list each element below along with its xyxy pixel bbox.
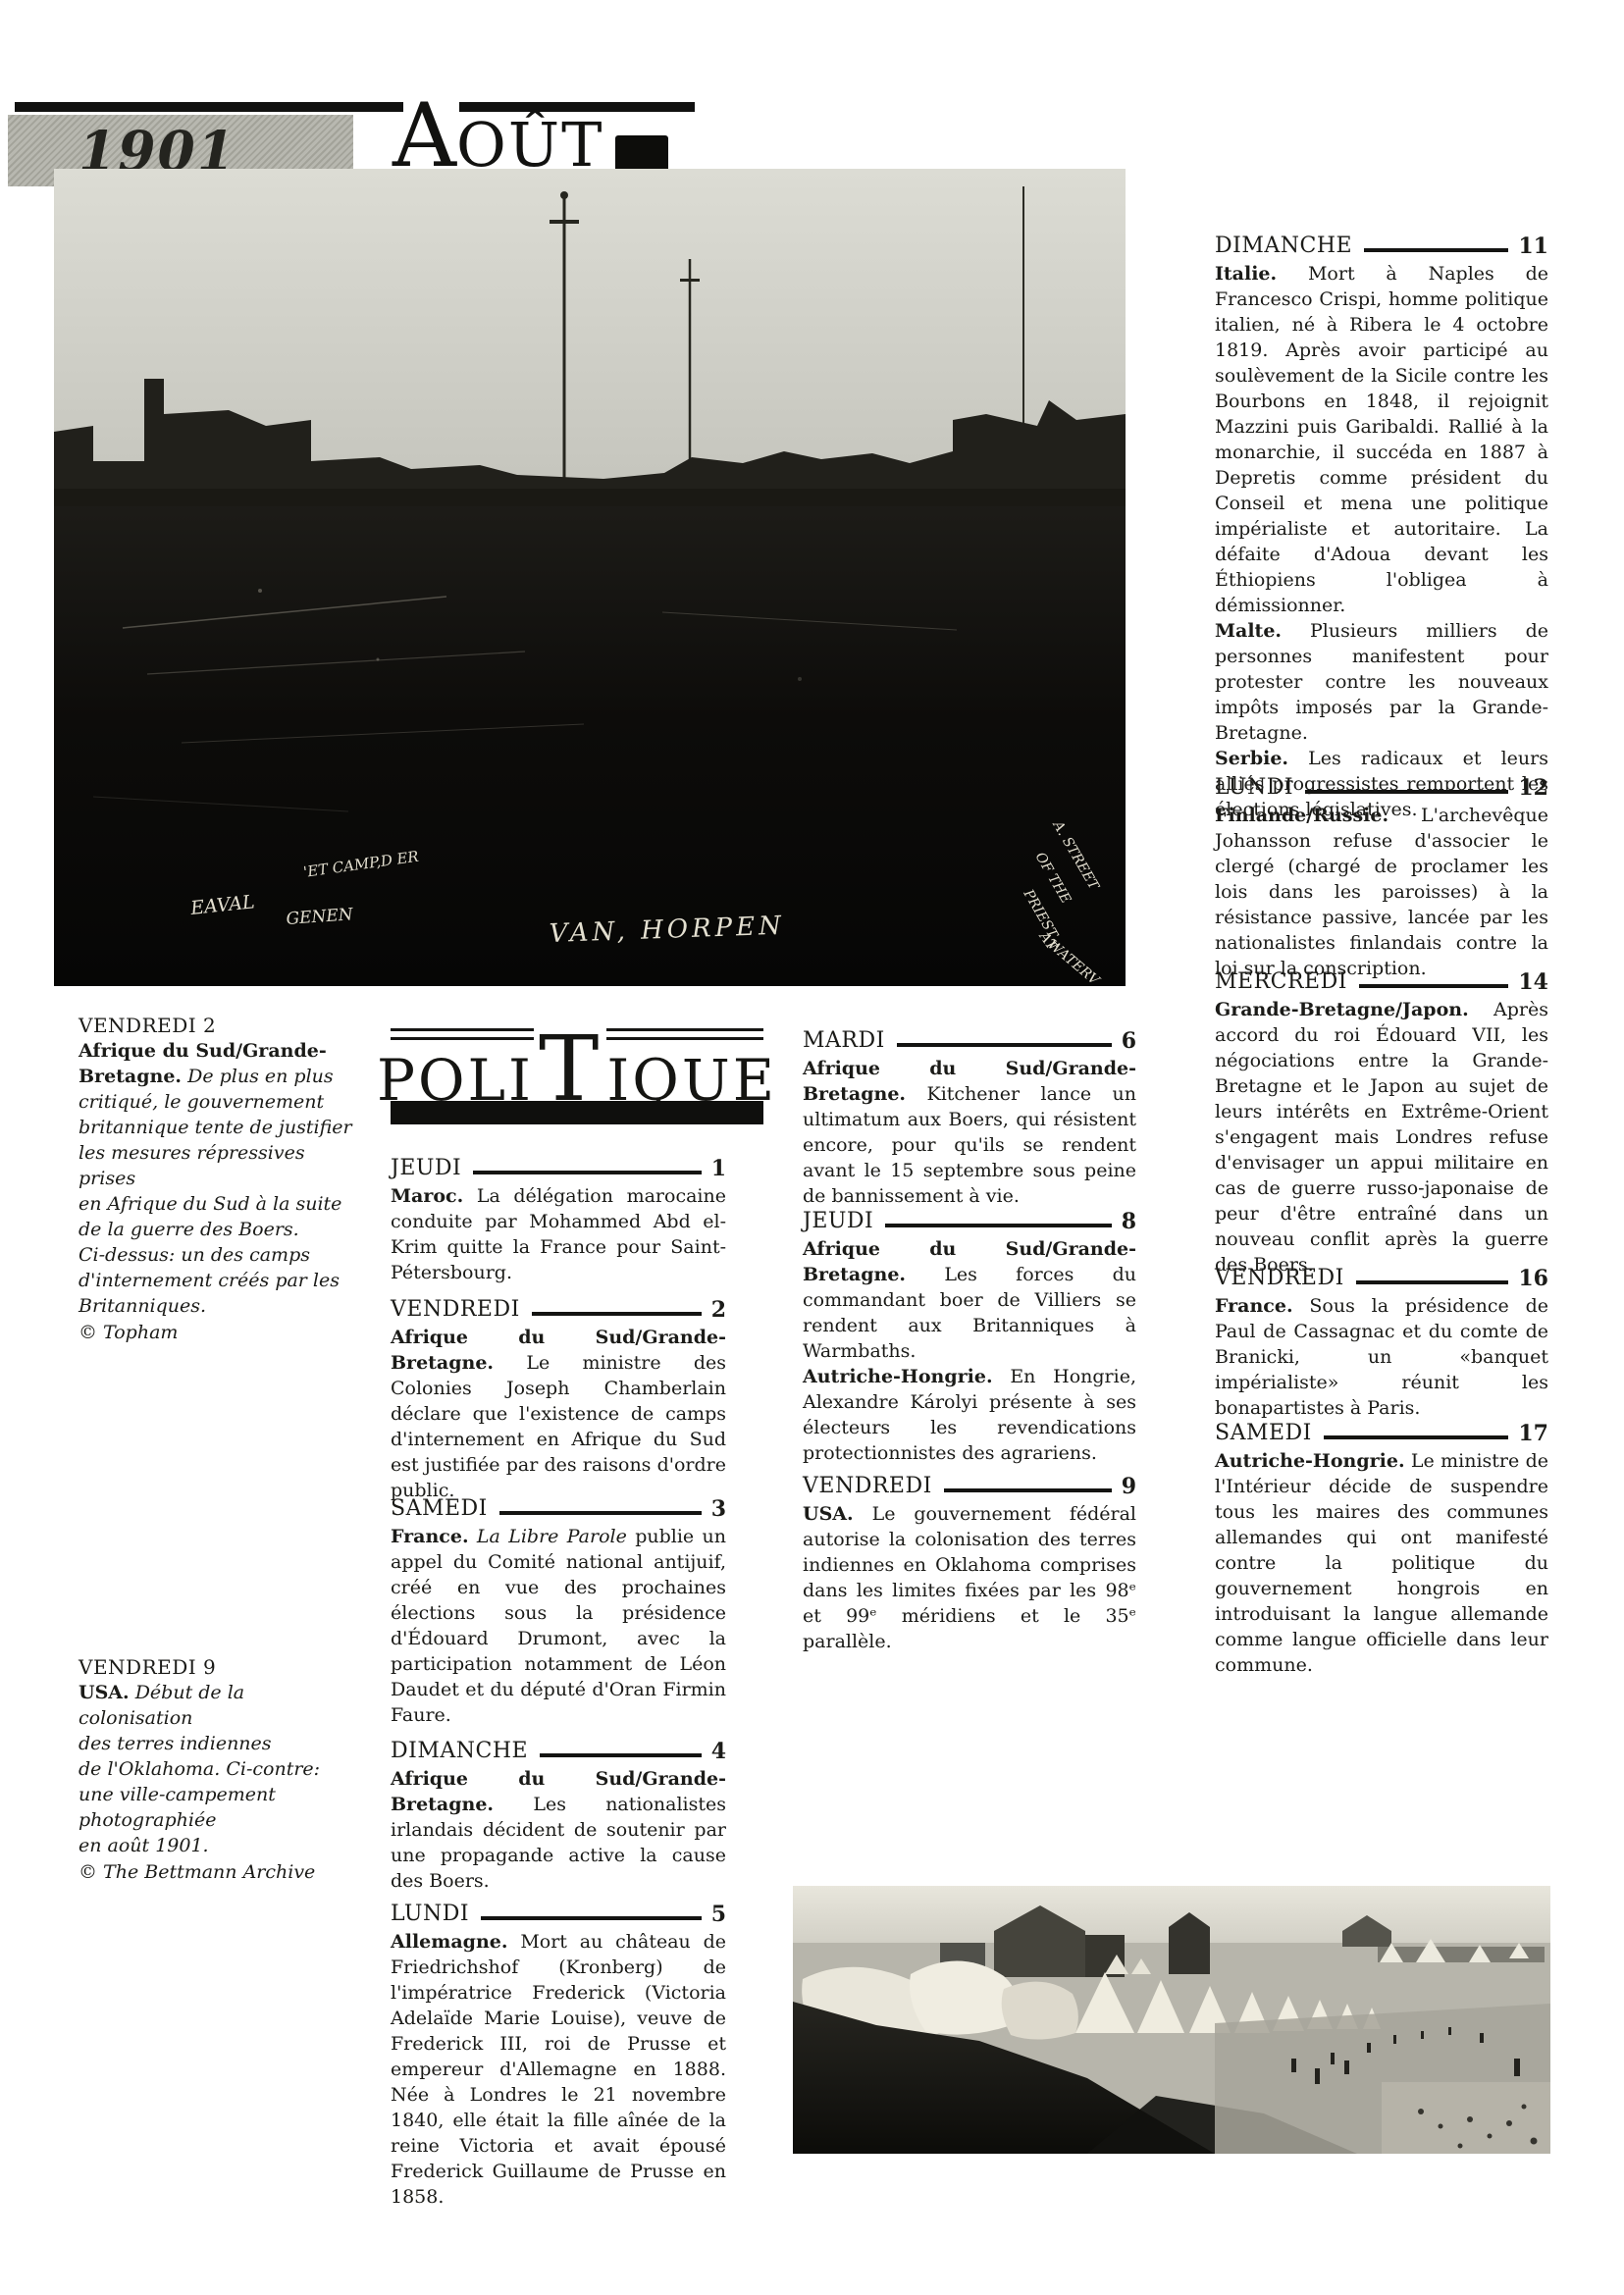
- section-header-politique: POLITIQUE: [391, 1022, 763, 1124]
- entry-day-header: DIMANCHE 11: [1215, 234, 1548, 259]
- masthead-rule-left: [15, 102, 403, 112]
- entry-body: France. Sous la présidence de Paul de Ca…: [1215, 1293, 1548, 1421]
- entry-day-header: VENDREDI 9: [803, 1474, 1136, 1499]
- event-entry: JEUDI 8 Afrique du Sud/Grande-Bretagne. …: [803, 1209, 1136, 1466]
- entry-body: Finlande/Russie. L'archevêque Johansson …: [1215, 803, 1548, 981]
- entry-rule: [1364, 248, 1508, 252]
- entry-rule: [1305, 790, 1508, 794]
- section-black-bar: [391, 1101, 763, 1124]
- entry-body: Italie. Mort à Naples de Francesco Crisp…: [1215, 261, 1548, 618]
- entry-day: LUNDI: [1215, 775, 1293, 801]
- entry-day: VENDREDI: [391, 1297, 520, 1323]
- entry-body: Autriche-Hongrie. En Hongrie, Alexandre …: [803, 1364, 1136, 1466]
- entry-day-number: 14: [1518, 969, 1548, 995]
- entry-rule: [1324, 1435, 1509, 1439]
- caption-day: VENDREDI 9: [79, 1654, 363, 1680]
- entry-body: Afrique du Sud/Grande-Bretagne. Les forc…: [803, 1236, 1136, 1364]
- entry-day-header: SAMEDI 17: [1215, 1421, 1548, 1446]
- entry-day: VENDREDI: [1215, 1266, 1344, 1291]
- entry-day-number: 12: [1518, 775, 1548, 801]
- internment-camp-illustration: 'ET CAMP,D ER EAVAL GENEN VAN, HORPEN A.…: [54, 169, 1126, 986]
- entry-body: Grande-Bretagne/Japon. Après accord du r…: [1215, 997, 1548, 1278]
- entry-day: DIMANCHE: [1215, 234, 1352, 259]
- event-entry: DIMANCHE 11 Italie. Mort à Naples de Fra…: [1215, 234, 1548, 822]
- entry-day: VENDREDI: [803, 1474, 932, 1499]
- event-entry: DIMANCHE 4 Afrique du Sud/Grande-Bretagn…: [391, 1739, 726, 1894]
- entry-rule: [473, 1171, 701, 1174]
- entry-body: USA. Le gouvernement fédéral autorise la…: [803, 1501, 1136, 1654]
- entry-day-number: 4: [711, 1739, 726, 1764]
- event-entry: SAMEDI 17 Autriche-Hongrie. Le ministre …: [1215, 1421, 1548, 1678]
- entry-day-header: MERCREDI 14: [1215, 969, 1548, 995]
- entry-day-number: 11: [1518, 234, 1548, 259]
- event-entry: SAMEDI 3 France. La Libre Parole publie …: [391, 1496, 726, 1728]
- entry-rule: [499, 1511, 702, 1515]
- entry-day: JEUDI: [391, 1156, 461, 1181]
- event-entry: MERCREDI 14 Grande-Bretagne/Japon. Après…: [1215, 969, 1548, 1278]
- entry-day-number: 9: [1122, 1474, 1136, 1499]
- entry-day-header: DIMANCHE 4: [391, 1739, 726, 1764]
- entry-day: SAMEDI: [391, 1496, 488, 1522]
- entry-day-header: VENDREDI 16: [1215, 1266, 1548, 1291]
- entry-rule: [532, 1312, 702, 1316]
- entry-day: MARDI: [803, 1028, 885, 1054]
- entry-day-header: JEUDI 1: [391, 1156, 726, 1181]
- entry-day-header: LUNDI 12: [1215, 775, 1548, 801]
- event-entry: LUNDI 5 Allemagne. Mort au château de Fr…: [391, 1902, 726, 2210]
- entry-day: MERCREDI: [1215, 969, 1347, 995]
- entry-body: Allemagne. Mort au château de Friedrichs…: [391, 1929, 726, 2210]
- entry-day: JEUDI: [803, 1209, 873, 1234]
- entry-day: SAMEDI: [1215, 1421, 1312, 1446]
- entry-day-number: 16: [1518, 1266, 1548, 1291]
- entry-rule: [885, 1224, 1111, 1227]
- entry-rule: [481, 1916, 702, 1920]
- entry-body: Malte. Plusieurs milliers de personnes m…: [1215, 618, 1548, 746]
- event-entry: VENDREDI 2 Afrique du Sud/Grande-Bretagn…: [391, 1297, 726, 1503]
- entry-rule: [540, 1753, 702, 1757]
- entry-rule: [897, 1043, 1112, 1047]
- entry-day-number: 2: [711, 1297, 726, 1323]
- entry-day-number: 17: [1518, 1421, 1548, 1446]
- caption-text: De plus en plus critiqué, le gouvernemen…: [79, 1066, 352, 1317]
- entry-body: Afrique du Sud/Grande-Bretagne. Les nati…: [391, 1766, 726, 1894]
- photo-caption: VENDREDI 2 Afrique du Sud/Grande-Bretagn…: [79, 1013, 363, 1345]
- entry-day-header: VENDREDI 2: [391, 1297, 726, 1323]
- event-entry: LUNDI 12 Finlande/Russie. L'archevêque J…: [1215, 775, 1548, 981]
- entry-day-number: 5: [711, 1902, 726, 1927]
- entry-day-header: SAMEDI 3: [391, 1496, 726, 1522]
- entry-day: LUNDI: [391, 1902, 469, 1927]
- event-entry: MARDI 6 Afrique du Sud/Grande-Bretagne. …: [803, 1028, 1136, 1209]
- caption-day: VENDREDI 2: [79, 1013, 363, 1038]
- entry-body: Maroc. La délégation marocaine conduite …: [391, 1183, 726, 1285]
- entry-day-number: 8: [1122, 1209, 1136, 1234]
- entry-body: Autriche-Hongrie. Le ministre de l'Intér…: [1215, 1448, 1548, 1678]
- event-entry: VENDREDI 9 USA. Le gouvernement fédéral …: [803, 1474, 1136, 1654]
- entry-day: DIMANCHE: [391, 1739, 528, 1764]
- caption-credit: © The Bettmann Archive: [79, 1859, 363, 1885]
- entry-day-number: 1: [711, 1156, 726, 1181]
- entry-rule: [1356, 1280, 1509, 1284]
- entry-body: Afrique du Sud/Grande-Bretagne. Le minis…: [391, 1325, 726, 1503]
- entry-day-header: LUNDI 5: [391, 1902, 726, 1927]
- entry-day-number: 6: [1122, 1028, 1136, 1054]
- caption-lead: USA.: [79, 1682, 130, 1703]
- event-entry: JEUDI 1 Maroc. La délégation marocaine c…: [391, 1156, 726, 1285]
- entry-body: France. La Libre Parole publie un appel …: [391, 1524, 726, 1728]
- month-initial: A: [393, 92, 456, 181]
- event-entry: VENDREDI 16 France. Sous la présidence d…: [1215, 1266, 1548, 1421]
- entry-body: Afrique du Sud/Grande-Bretagne. Kitchene…: [803, 1056, 1136, 1209]
- entry-rule: [944, 1488, 1112, 1492]
- entry-rule: [1359, 984, 1508, 988]
- caption-credit: © Topham: [79, 1320, 363, 1345]
- caption-text: Début de la colonisation des terres indi…: [79, 1682, 320, 1856]
- entry-day-header: JEUDI 8: [803, 1209, 1136, 1234]
- photo-oklahoma-camp: [793, 1886, 1550, 2154]
- entry-day-header: MARDI 6: [803, 1028, 1136, 1054]
- entry-day-number: 3: [711, 1496, 726, 1522]
- photo-caption: VENDREDI 9 USA. Début de la colonisation…: [79, 1654, 363, 1885]
- month-rest: OÛT: [456, 115, 603, 176]
- masthead-month: AOÛT: [393, 92, 668, 181]
- photo-internment-camp: 'ET CAMP,D ER EAVAL GENEN VAN, HORPEN A.…: [54, 169, 1126, 986]
- oklahoma-camp-illustration: [793, 1886, 1550, 2154]
